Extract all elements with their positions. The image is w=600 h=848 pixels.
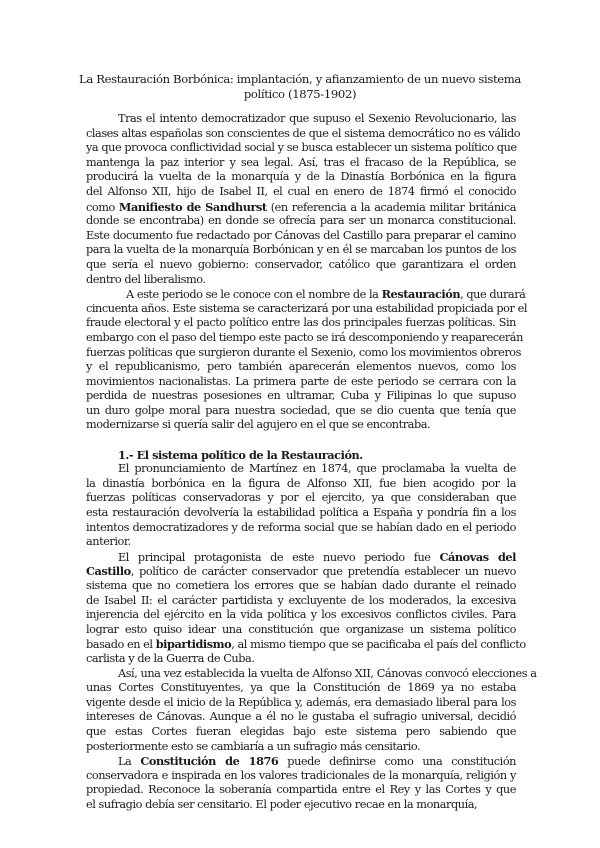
text-line: que estas Cortes fueran elegidas bajo es…: [86, 725, 516, 740]
text-line: clases altas españolas son conscientes d…: [86, 127, 516, 142]
bold-term: Castillo: [86, 564, 131, 578]
paragraph-p6: La Constitución de 1876 puede definirse …: [86, 754, 516, 812]
text-line: el sufragio debía ser censitario. El pod…: [86, 798, 516, 813]
text-line: dentro del liberalismo.: [86, 273, 516, 288]
text-line: anterior.: [86, 535, 516, 550]
text-line: del Alfonso XII, hijo de Isabel II, el c…: [86, 185, 516, 200]
text-line: El principal protagonista de este nuevo …: [86, 550, 516, 565]
paragraph-p4: El principal protagonista de este nuevo …: [86, 550, 516, 667]
bold-term: Cánovas del: [440, 550, 517, 564]
text-line: intereses de Cánovas. Aunque a él no le …: [86, 710, 516, 725]
text-line: perdida de nuestras posesiones en ultram…: [86, 389, 516, 404]
text-line: Este documento fue redactado por Cánovas…: [86, 229, 516, 244]
text-line: Tras el intento democratizador que supus…: [86, 112, 516, 127]
text-line: embargo con el paso del tiempo este pact…: [86, 331, 516, 346]
title-line-1: La Restauración Borbónica: implantación,…: [60, 72, 540, 87]
text-line: propiedad. Reconoce la soberanía compart…: [86, 783, 516, 798]
paragraph-p1: Tras el intento democratizador que supus…: [86, 112, 516, 287]
text-line: fraude electoral y el pacto político ent…: [86, 316, 516, 331]
text-line: la dinastía borbónica en la figura de Al…: [86, 477, 516, 492]
document-page: La Restauración Borbónica: implantación,…: [0, 0, 600, 848]
text-line: y el republicanismo, pero también aparec…: [86, 360, 516, 375]
text-line: para la vuelta de la monarquía Borbónica…: [86, 243, 516, 258]
paragraph-p5: Así, una vez establecida la vuelta de Al…: [86, 667, 516, 755]
text-line: fuerzas políticas que surgieron durante …: [86, 346, 516, 361]
text-line: movimientos nacionalistas. La primera pa…: [86, 375, 516, 390]
text-line: Castillo, político de carácter conservad…: [86, 564, 516, 579]
paragraph-p3: El pronunciamiento de Martínez en 1874, …: [86, 462, 516, 550]
text-line: injerencia del ejército en la vida polít…: [86, 608, 516, 623]
document-body: Tras el intento democratizador que supus…: [86, 112, 516, 813]
text-line: producirá la vuelta de la monarquía y de…: [86, 170, 516, 185]
text-line: cincuenta años. Este sistema se caracter…: [86, 302, 516, 317]
text-line: ya que provoca conflictividad social y s…: [86, 141, 516, 156]
text-line: Así, una vez establecida la vuelta de Al…: [86, 667, 516, 682]
text-line: de Isabel II: el carácter partidista y e…: [86, 594, 516, 609]
bold-term: Manifiesto de Sandhurst: [119, 200, 267, 214]
bold-term: bipartidismo: [156, 637, 232, 651]
text-line: como Manifiesto de Sandhurst (en referen…: [86, 200, 516, 215]
text-line: basado en el bipartidismo, al mismo tiem…: [86, 637, 516, 652]
title-line-2: político (1875-1902): [60, 87, 540, 102]
section-heading: 1.- El sistema político de la Restauraci…: [86, 448, 516, 463]
bold-term: Constitución de 1876: [140, 754, 278, 768]
text-line: intentos democratizadores y de reforma s…: [86, 521, 516, 536]
text-line: donde se encontraba) en donde se ofrecía…: [86, 214, 516, 229]
paragraph-p2: A este periodo se le conoce con el nombr…: [86, 287, 516, 433]
document-title: La Restauración Borbónica: implantación,…: [60, 72, 540, 101]
text-line: lograr esto quiso idear una constitución…: [86, 623, 516, 638]
text-line: sistema que no cometiera los errores que…: [86, 579, 516, 594]
text-line: que sería el nuevo gobierno: conservador…: [86, 258, 516, 273]
text-line: carlista y de la Guerra de Cuba.: [86, 652, 516, 667]
text-line: un duro golpe moral para nuestra socieda…: [86, 404, 516, 419]
text-line: unas Cortes Constituyentes, ya que la Co…: [86, 681, 516, 696]
text-line: El pronunciamiento de Martínez en 1874, …: [86, 462, 516, 477]
text-line: posteriormente esto se cambiaría a un su…: [86, 740, 516, 755]
text-line: A este periodo se le conoce con el nombr…: [86, 287, 516, 302]
paragraph-gap: [86, 433, 516, 448]
text-line: vigente desde el inicio de la República …: [86, 696, 516, 711]
text-line: esta restauración devolvería la estabili…: [86, 506, 516, 521]
bold-term: Restauración: [382, 287, 460, 301]
text-line: conservadora e inspirada en los valores …: [86, 769, 516, 784]
text-line: fuerzas políticas conservadoras y por el…: [86, 491, 516, 506]
text-line: La Constitución de 1876 puede definirse …: [86, 754, 516, 769]
text-line: modernizarse si quería salir del agujero…: [86, 418, 516, 433]
text-line: mantenga la paz interior y sea legal. As…: [86, 156, 516, 171]
